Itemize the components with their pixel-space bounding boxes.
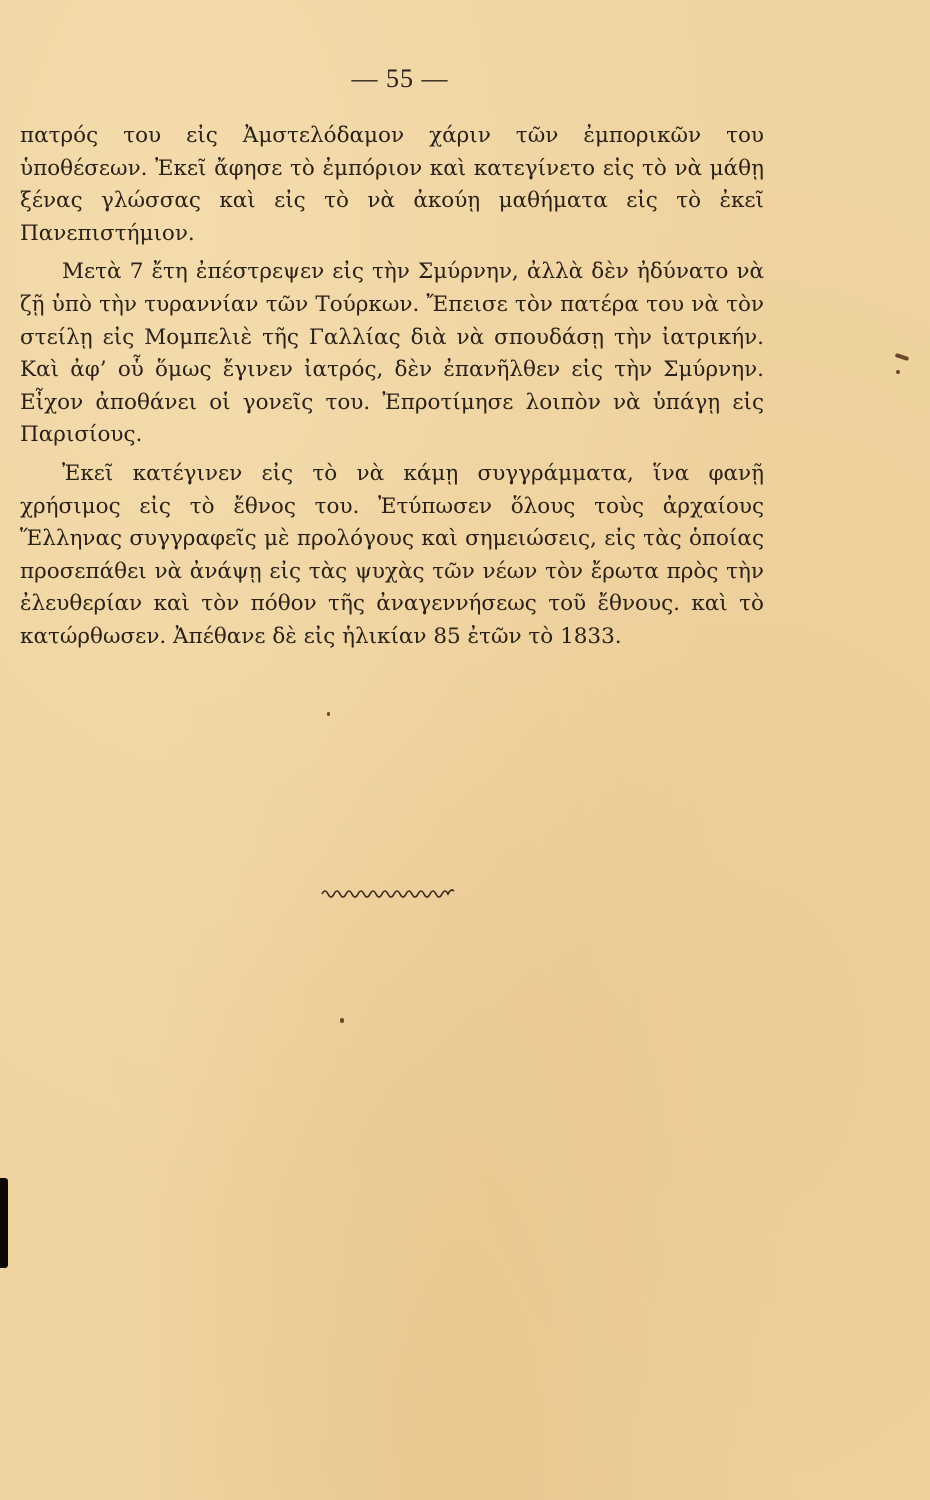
body-text: πατρός του εἰς Ἀμστελόδαμον χάριν τῶν ἐμ… bbox=[20, 120, 764, 660]
wavy-line-ornament-icon bbox=[320, 886, 455, 898]
paragraph-1: πατρός του εἰς Ἀμστελόδαμον χάριν τῶν ἐμ… bbox=[20, 120, 764, 250]
page-number: — 55 — bbox=[0, 64, 800, 94]
book-page: — 55 — πατρός του εἰς Ἀμστελόδαμον χάριν… bbox=[0, 0, 930, 1500]
paper-speck bbox=[896, 370, 900, 374]
edge-ink-mark bbox=[0, 1178, 8, 1268]
paper-speck bbox=[327, 712, 330, 716]
paragraph-2: Μετὰ 7 ἔτη ἐπέστρεψεν εἰς τὴν Σμύρνην, ἀ… bbox=[20, 256, 764, 452]
paper-speck bbox=[895, 353, 910, 361]
paragraph-3: Ἐκεῖ κατέγινεν εἰς τὸ νὰ κάμῃ συγγράμματ… bbox=[20, 458, 764, 654]
paper-speck bbox=[340, 1018, 344, 1023]
